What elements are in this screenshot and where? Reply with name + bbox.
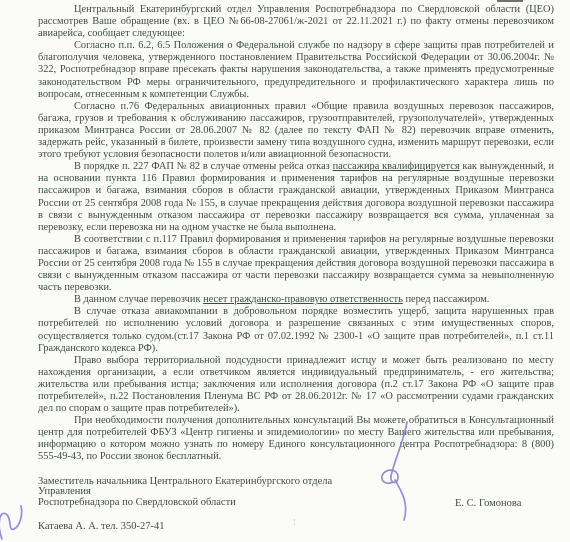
scanned-letter-page: Центральный Екатеринбургский отдел Управ… [0, 0, 570, 542]
paragraph: В порядке п. 227 ФАП № 82 в случае отмен… [38, 161, 554, 234]
paragraph: Согласно п.76 Федеральных авиационных пр… [38, 101, 554, 161]
text-segment: Центральный Екатеринбургский отдел Управ… [38, 4, 554, 39]
paragraph: В данном случае перевозчик несет граждан… [38, 294, 554, 306]
text-segment: Право выбора территориальной подсудности… [38, 355, 554, 414]
paragraph: При необходимости получения дополнительн… [38, 415, 554, 463]
text-segment: В случае отказа авиакомпании в доброволь… [38, 306, 554, 353]
text-segment: В соответствии с п.117 Правил формирован… [38, 234, 554, 293]
scan-artifact-dots: · · [293, 519, 303, 523]
signer-name: Е. С. Гомонова [455, 499, 521, 510]
paragraph: В случае отказа авиакомпании в доброволь… [38, 306, 554, 354]
paragraph: Право выбора территориальной подсудности… [38, 355, 554, 415]
underlined-text: несет гражданско-правовую ответственност… [203, 294, 403, 305]
text-segment: Согласно п.76 Федеральных авиационных пр… [38, 101, 554, 160]
text-segment: Согласно п.п. 6.2, 6.5 Положения о Федер… [38, 40, 554, 99]
text-segment: В данном случае перевозчик [74, 294, 203, 305]
closing-line: Заместитель начальника Центрального Екат… [38, 477, 554, 488]
scan-artifact-top-right [497, 0, 523, 2]
paragraph: Согласно п.п. 6.2, 6.5 Положения о Федер… [38, 40, 554, 100]
paragraph: Центральный Екатеринбургский отдел Управ… [38, 4, 554, 40]
text-segment: перед пассажиром. [403, 294, 490, 305]
paragraph: В соответствии с п.117 Правил формирован… [38, 234, 554, 294]
letter-paragraphs: Центральный Екатеринбургский отдел Управ… [38, 4, 554, 464]
signature-block: Заместитель начальника Центрального Екат… [38, 477, 554, 510]
text-segment: В порядке п. 227 ФАП № 82 в случае отмен… [74, 161, 333, 172]
text-segment: При необходимости получения дополнительн… [38, 415, 554, 462]
underlined-text: пассажира квалифицируется [333, 161, 460, 172]
